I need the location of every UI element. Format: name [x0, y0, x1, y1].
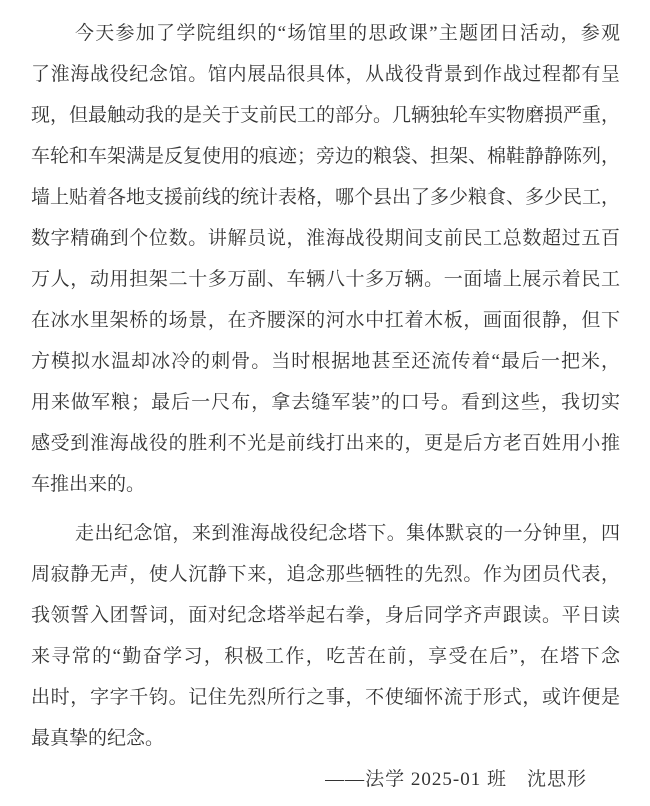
text-line: 数字精确到个位数。讲解员说，淮海战役期间支前民工总数超过五百	[31, 218, 620, 259]
text-line: 来寻常的“勤奋学习，积极工作，吃苦在前，享受在后”，在塔下念	[31, 636, 620, 677]
text-line: 方模拟水温却冰冷的刺骨。当时根据地甚至还流传着“最后一把米，	[31, 341, 620, 382]
text-line: 我领誓入团誓词，面对纪念塔举起右拳，身后同学齐声跟读。平日读	[31, 595, 620, 636]
text-line: 现，但最触动我的是关于支前民工的部分。几辆独轮车实物磨损严重，	[31, 95, 620, 136]
text-line: 了淮海战役纪念馆。馆内展品很具体，从战役背景到作战过程都有呈	[31, 54, 620, 95]
text-line: 今天参加了学院组织的“场馆里的思政课”主题团日活动，参观	[31, 13, 620, 54]
text-line: 在冰水里架桥的场景，在齐腰深的河水中扛着木板，画面很静，但下	[31, 300, 620, 341]
text-line: 感受到淮海战役的胜利不光是前线打出来的，更是后方老百姓用小推	[31, 423, 620, 464]
text-line: 出时，字字千钧。记住先烈所行之事，不使缅怀流于形式，或许便是	[31, 677, 620, 718]
signature-line: ——法学 2025-01 班 沈思形	[31, 759, 620, 800]
text-line: 万人，动用担架二十多万副、车辆八十多万辆。一面墙上展示着民工	[31, 259, 620, 300]
document-page: 今天参加了学院组织的“场馆里的思政课”主题团日活动，参观了淮海战役纪念馆。馆内展…	[0, 0, 650, 806]
text-line: 用来做军粮；最后一尺布，拿去缝军装”的口号。看到这些，我切实	[31, 382, 620, 423]
text-line: 周寂静无声，使人沉静下来，追念那些牺牲的先烈。作为团员代表，	[31, 554, 620, 595]
text-line: 墙上贴着各地支援前线的统计表格，哪个县出了多少粮食、多少民工，	[31, 177, 620, 218]
paragraph-visit-memorial-hall: 今天参加了学院组织的“场馆里的思政课”主题团日活动，参观了淮海战役纪念馆。馆内展…	[31, 13, 620, 505]
text-line: 走出纪念馆，来到淮海战役纪念塔下。集体默哀的一分钟里，四	[31, 513, 620, 554]
text-line: 最真挚的纪念。	[31, 718, 620, 759]
text-line: 车轮和车架满是反复使用的痕迹；旁边的粮袋、担架、棉鞋静静陈列，	[31, 136, 620, 177]
paragraph-memorial-tower-oath: 走出纪念馆，来到淮海战役纪念塔下。集体默哀的一分钟里，四周寂静无声，使人沉静下来…	[31, 513, 620, 759]
text-line: 车推出来的。	[31, 464, 620, 505]
